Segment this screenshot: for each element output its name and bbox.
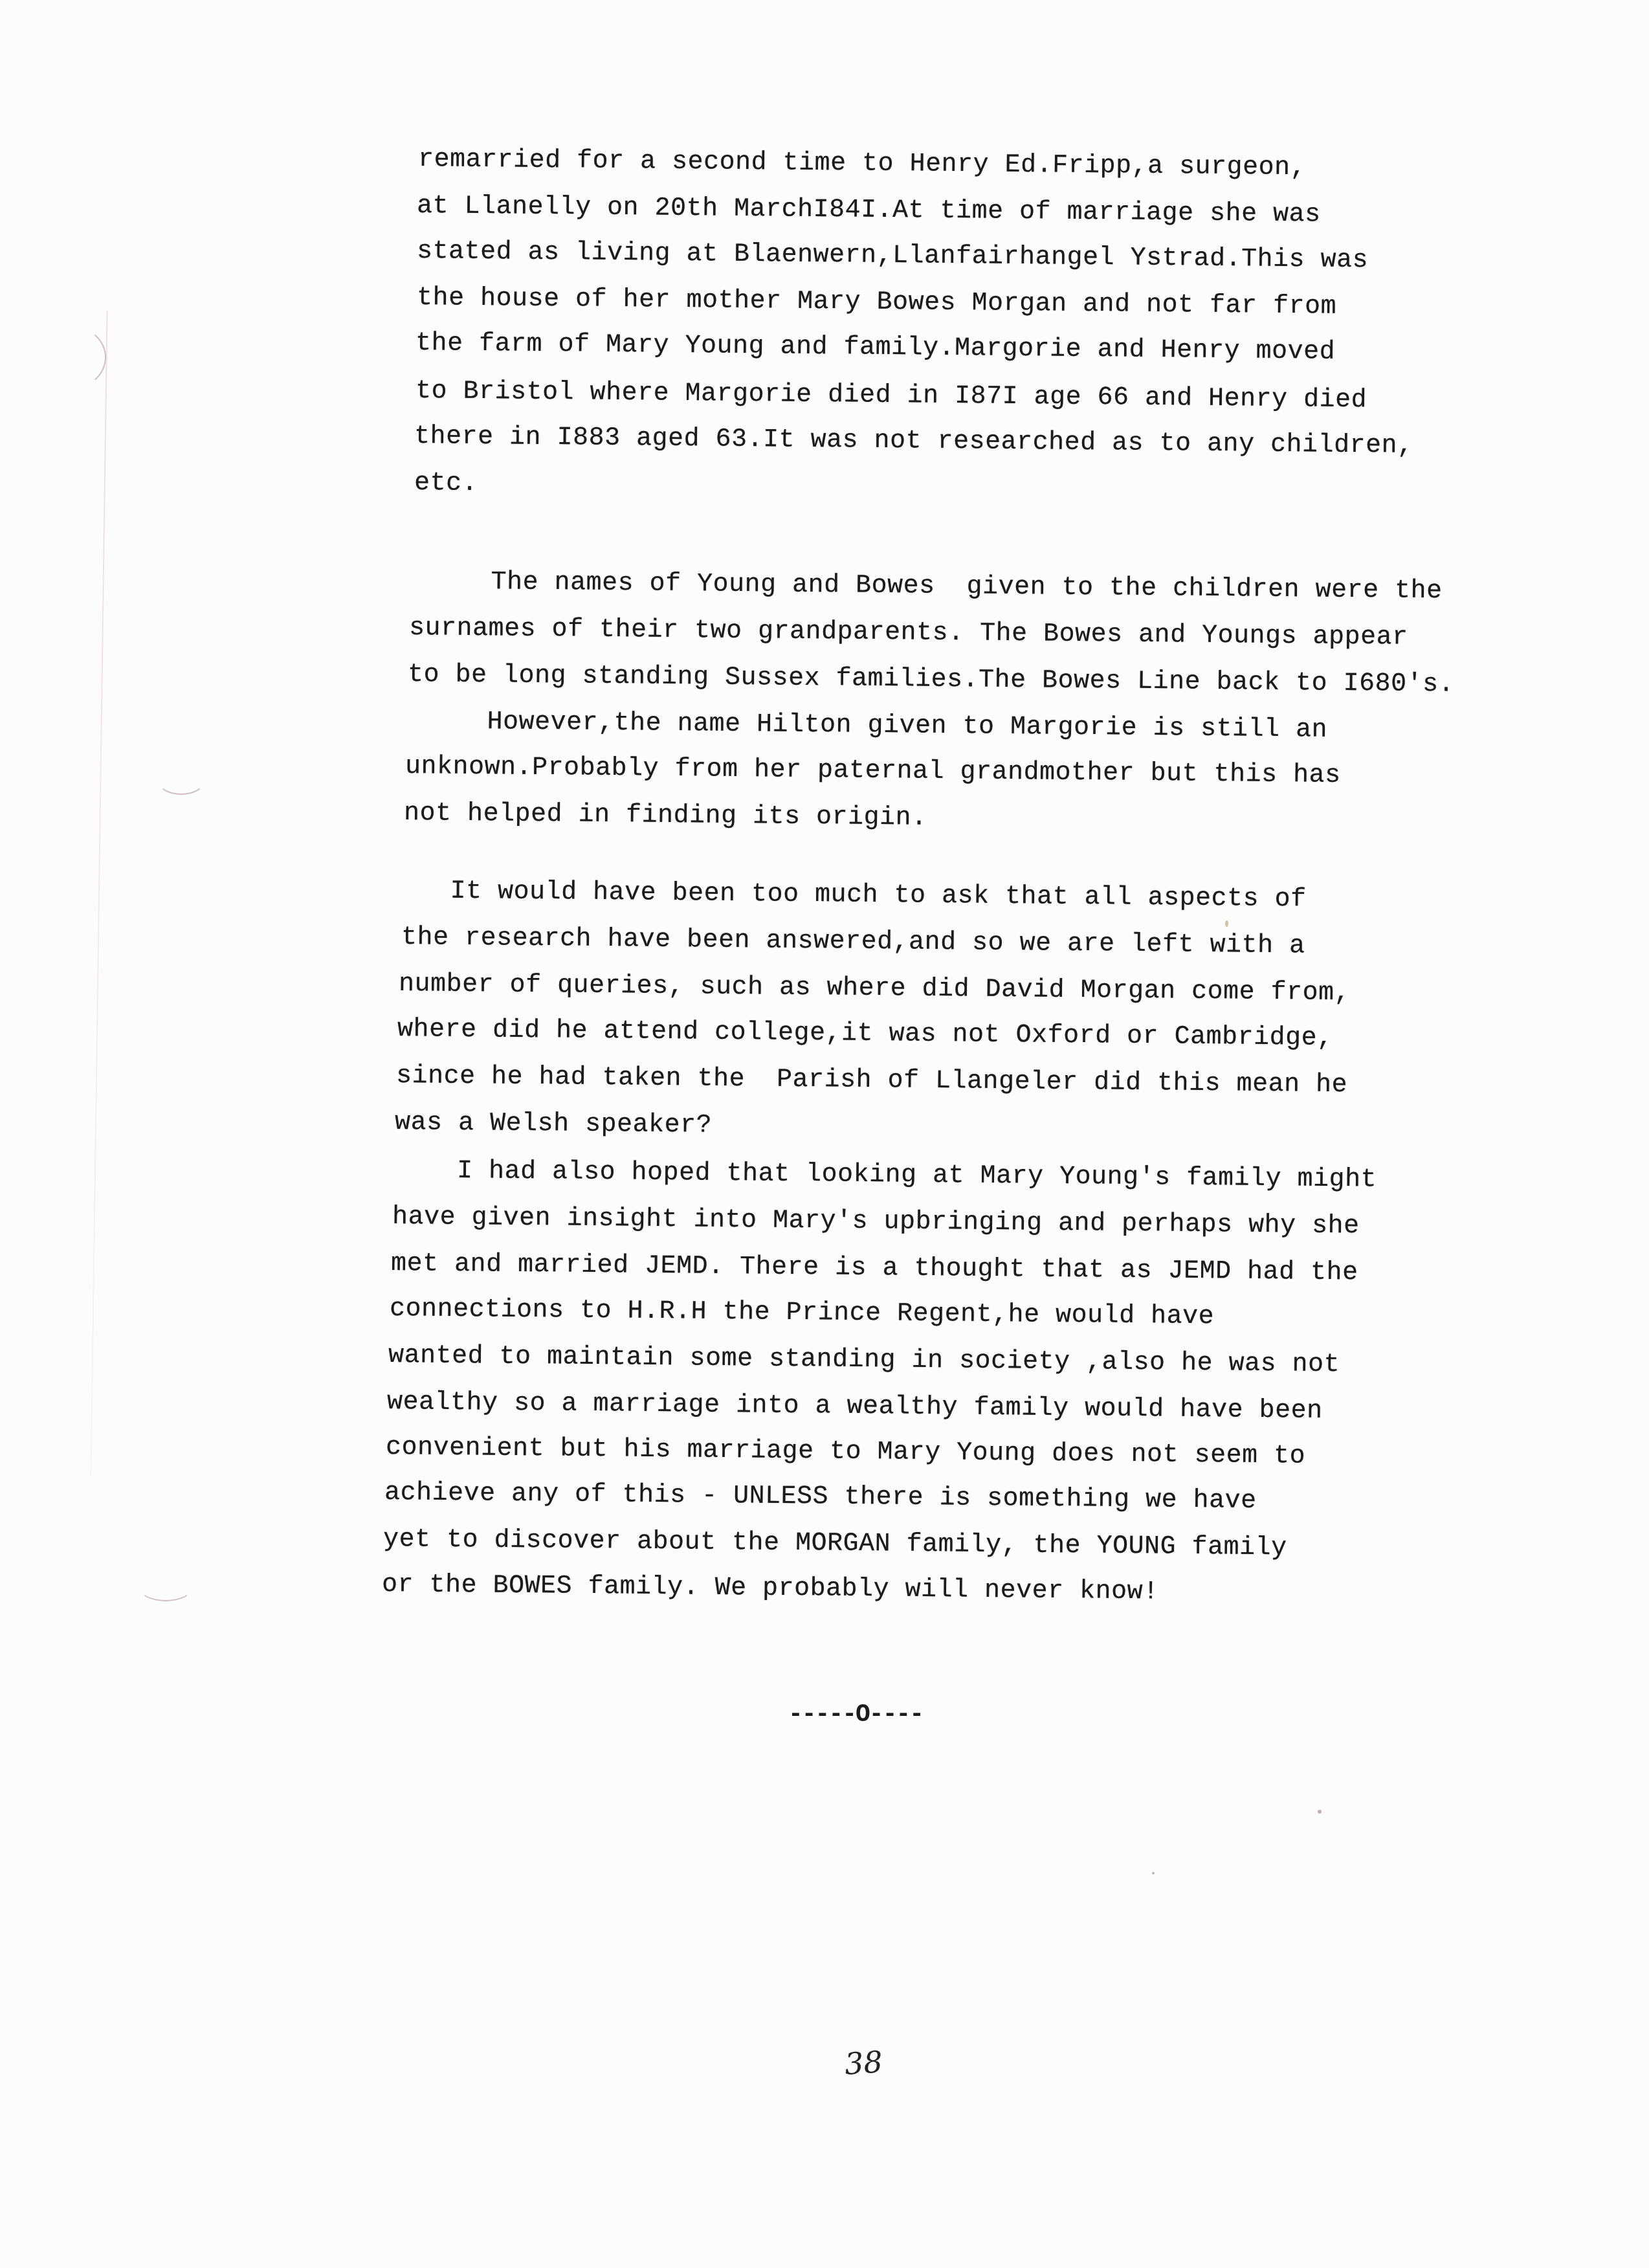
text-line: stated as living at Blaenwern,Llanfairha…: [417, 237, 1369, 275]
text-line: or the BOWES family. We probably will ne…: [382, 1570, 1159, 1607]
text-line: However,the name Hilton given to Margori…: [408, 707, 1328, 745]
ink-speck: [1152, 1872, 1155, 1874]
margin-crease: [90, 311, 107, 1476]
text-line: etc.: [414, 469, 478, 498]
text-line: convenient but his marriage to Mary Youn…: [386, 1433, 1306, 1471]
punch-hole-mark: [138, 1573, 193, 1601]
text-line: The names of Young and Bowes given to th…: [412, 567, 1443, 606]
text-line: It would have been too much to ask that …: [403, 876, 1307, 914]
text-line: unknown.Probably from her paternal grand…: [405, 752, 1341, 790]
section-separator: -----O----: [788, 1701, 923, 1729]
page-number: 38: [843, 2044, 883, 2082]
text-line: I had also hoped that looking at Mary Yo…: [393, 1156, 1377, 1195]
punch-hole-mark: [26, 324, 106, 391]
text-line: achieve any of this - UNLESS there is so…: [384, 1478, 1257, 1516]
text-line: number of queries, such as where did Dav…: [399, 970, 1351, 1008]
text-line: have given insight into Mary's upbringin…: [392, 1203, 1360, 1241]
ink-speck: [1225, 920, 1228, 927]
text-line: was a Welsh speaker?: [395, 1108, 712, 1140]
text-line: wealthy so a marriage into a wealthy fam…: [387, 1388, 1323, 1426]
text-line: where did he attend college,it was not O…: [397, 1015, 1333, 1053]
text-line: there in I883 aged 63.It was not researc…: [414, 422, 1413, 461]
text-line: at Llanelly on 20th MarchI84I.At time of…: [417, 192, 1321, 229]
scanned-page: remarried for a second time to Henry Ed.…: [0, 0, 1649, 2268]
punch-hole-mark: [157, 764, 206, 795]
text-line: the house of her mother Mary Bowes Morga…: [417, 283, 1337, 322]
text-line: to Bristol where Margorie died in I87I a…: [415, 377, 1367, 415]
text-line: met and married JEMD. There is a thought…: [391, 1249, 1358, 1287]
text-line: remarried for a second time to Henry Ed.…: [418, 145, 1307, 183]
text-line: not helped in finding its origin.: [404, 799, 927, 833]
ink-speck: [1318, 1810, 1322, 1814]
text-line: since he had taken the Parish of Llangel…: [396, 1062, 1348, 1100]
text-line: the farm of Mary Young and family.Margor…: [415, 329, 1336, 367]
text-line: yet to discover about the MORGAN family,…: [383, 1525, 1287, 1562]
text-line: to be long standing Sussex families.The …: [408, 660, 1455, 700]
text-line: surnames of their two grandparents. The …: [409, 614, 1408, 652]
text-line: wanted to maintain some standing in soci…: [388, 1341, 1340, 1379]
text-line: connections to H.R.H the Prince Regent,h…: [390, 1295, 1215, 1331]
text-line: the research have been answered,and so w…: [401, 923, 1305, 961]
